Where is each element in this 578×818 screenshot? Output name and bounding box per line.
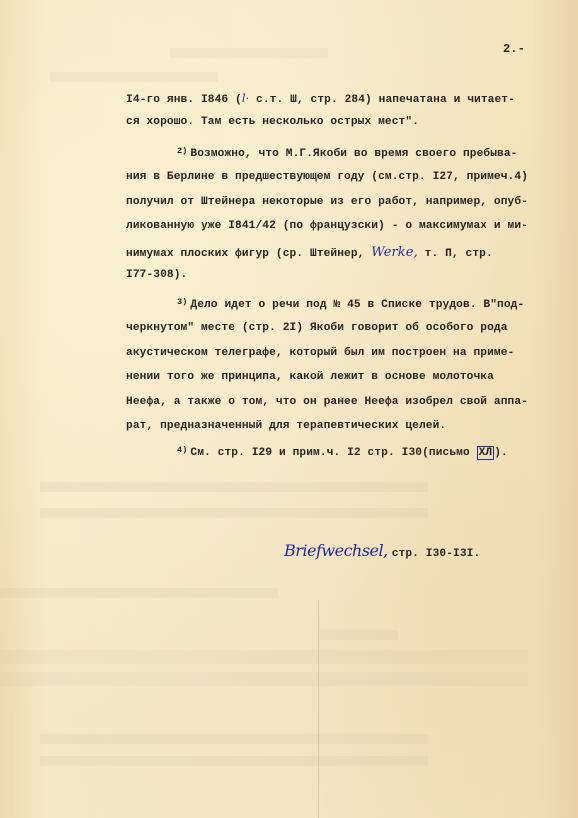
footnote-number: 4)	[177, 445, 187, 455]
text-line: акустическом телеграфе, который был им п…	[126, 348, 514, 359]
text-segment: См. стр. I29 и прим.ч. I2 стр. I30(письм…	[190, 447, 476, 459]
text-line: ликованную уже I841/42 (по французски) -…	[126, 221, 528, 232]
text-line: нимумах плоских фигур (ср. Штейнер, Werk…	[126, 246, 493, 260]
text-segment: Возможно, что М.Г.Якоби во время своего …	[190, 148, 517, 160]
text-line: черкнутом" месте (стр. 2I) Якоби говорит…	[126, 323, 508, 334]
text-segment: т. П, стр.	[418, 248, 493, 260]
text-line: ся хорошо. Там есть несколько острых мес…	[126, 117, 419, 128]
text-segment: с.т. Ш, стр. 284) напечатана и читает-	[249, 94, 515, 106]
text-line: рат, предназначенный для терапевтических…	[126, 421, 446, 432]
text-line: получил от Штейнера некоторые из его раб…	[126, 197, 528, 208]
bleed-through	[320, 630, 398, 640]
text-line: I77-308).	[126, 270, 187, 281]
text-line: 4)См. стр. I29 и прим.ч. I2 стр. I30(пис…	[177, 446, 508, 459]
bleed-through	[40, 756, 428, 766]
bleed-through	[0, 588, 278, 598]
bleed-through	[170, 48, 328, 58]
text-segment: нимумах плоских фигур (ср. Штейнер,	[126, 248, 371, 260]
paper-crease	[318, 600, 319, 818]
closing-reference: Briefwechsel,стр. I30-I3I.	[284, 543, 480, 560]
bleed-through	[40, 508, 428, 518]
text-line: ния в Берлине в предшествующем году (см.…	[126, 172, 528, 183]
bleed-through	[0, 672, 528, 686]
text-line: 2)Возможно, что М.Г.Якоби во время своег…	[177, 147, 517, 160]
text-segment: ).	[494, 447, 508, 459]
text-segment: стр. I30-I3I.	[392, 548, 481, 560]
handwritten-box-annotation: XЛ	[477, 446, 495, 460]
text-segment: Дело идет о речи под № 45 в Списке трудо…	[190, 299, 524, 311]
bleed-through	[50, 72, 218, 82]
text-line: 3)Дело идет о речи под № 45 в Списке тру…	[177, 298, 524, 311]
footnote-number: 2)	[177, 146, 187, 156]
document-page: 2.- I4-го янв. I846 (l· с.т. Ш, стр. 284…	[0, 0, 578, 818]
footnote-number: 3)	[177, 297, 187, 307]
text-segment: I4-го янв. I846 (	[126, 94, 242, 106]
text-line: Неефа, а также о том, что он ранее Неефа…	[126, 397, 528, 408]
text-line: I4-го янв. I846 (l· с.т. Ш, стр. 284) на…	[126, 93, 515, 106]
bleed-through	[0, 650, 528, 664]
page-number: 2.-	[503, 43, 525, 55]
text-line: нении того же принципа, какой лежит в ос…	[126, 372, 494, 383]
bleed-through	[40, 482, 428, 492]
bleed-through	[40, 734, 428, 744]
handwritten-insertion: Werke,	[371, 245, 418, 260]
handwritten-title: Briefwechsel,	[284, 541, 388, 560]
